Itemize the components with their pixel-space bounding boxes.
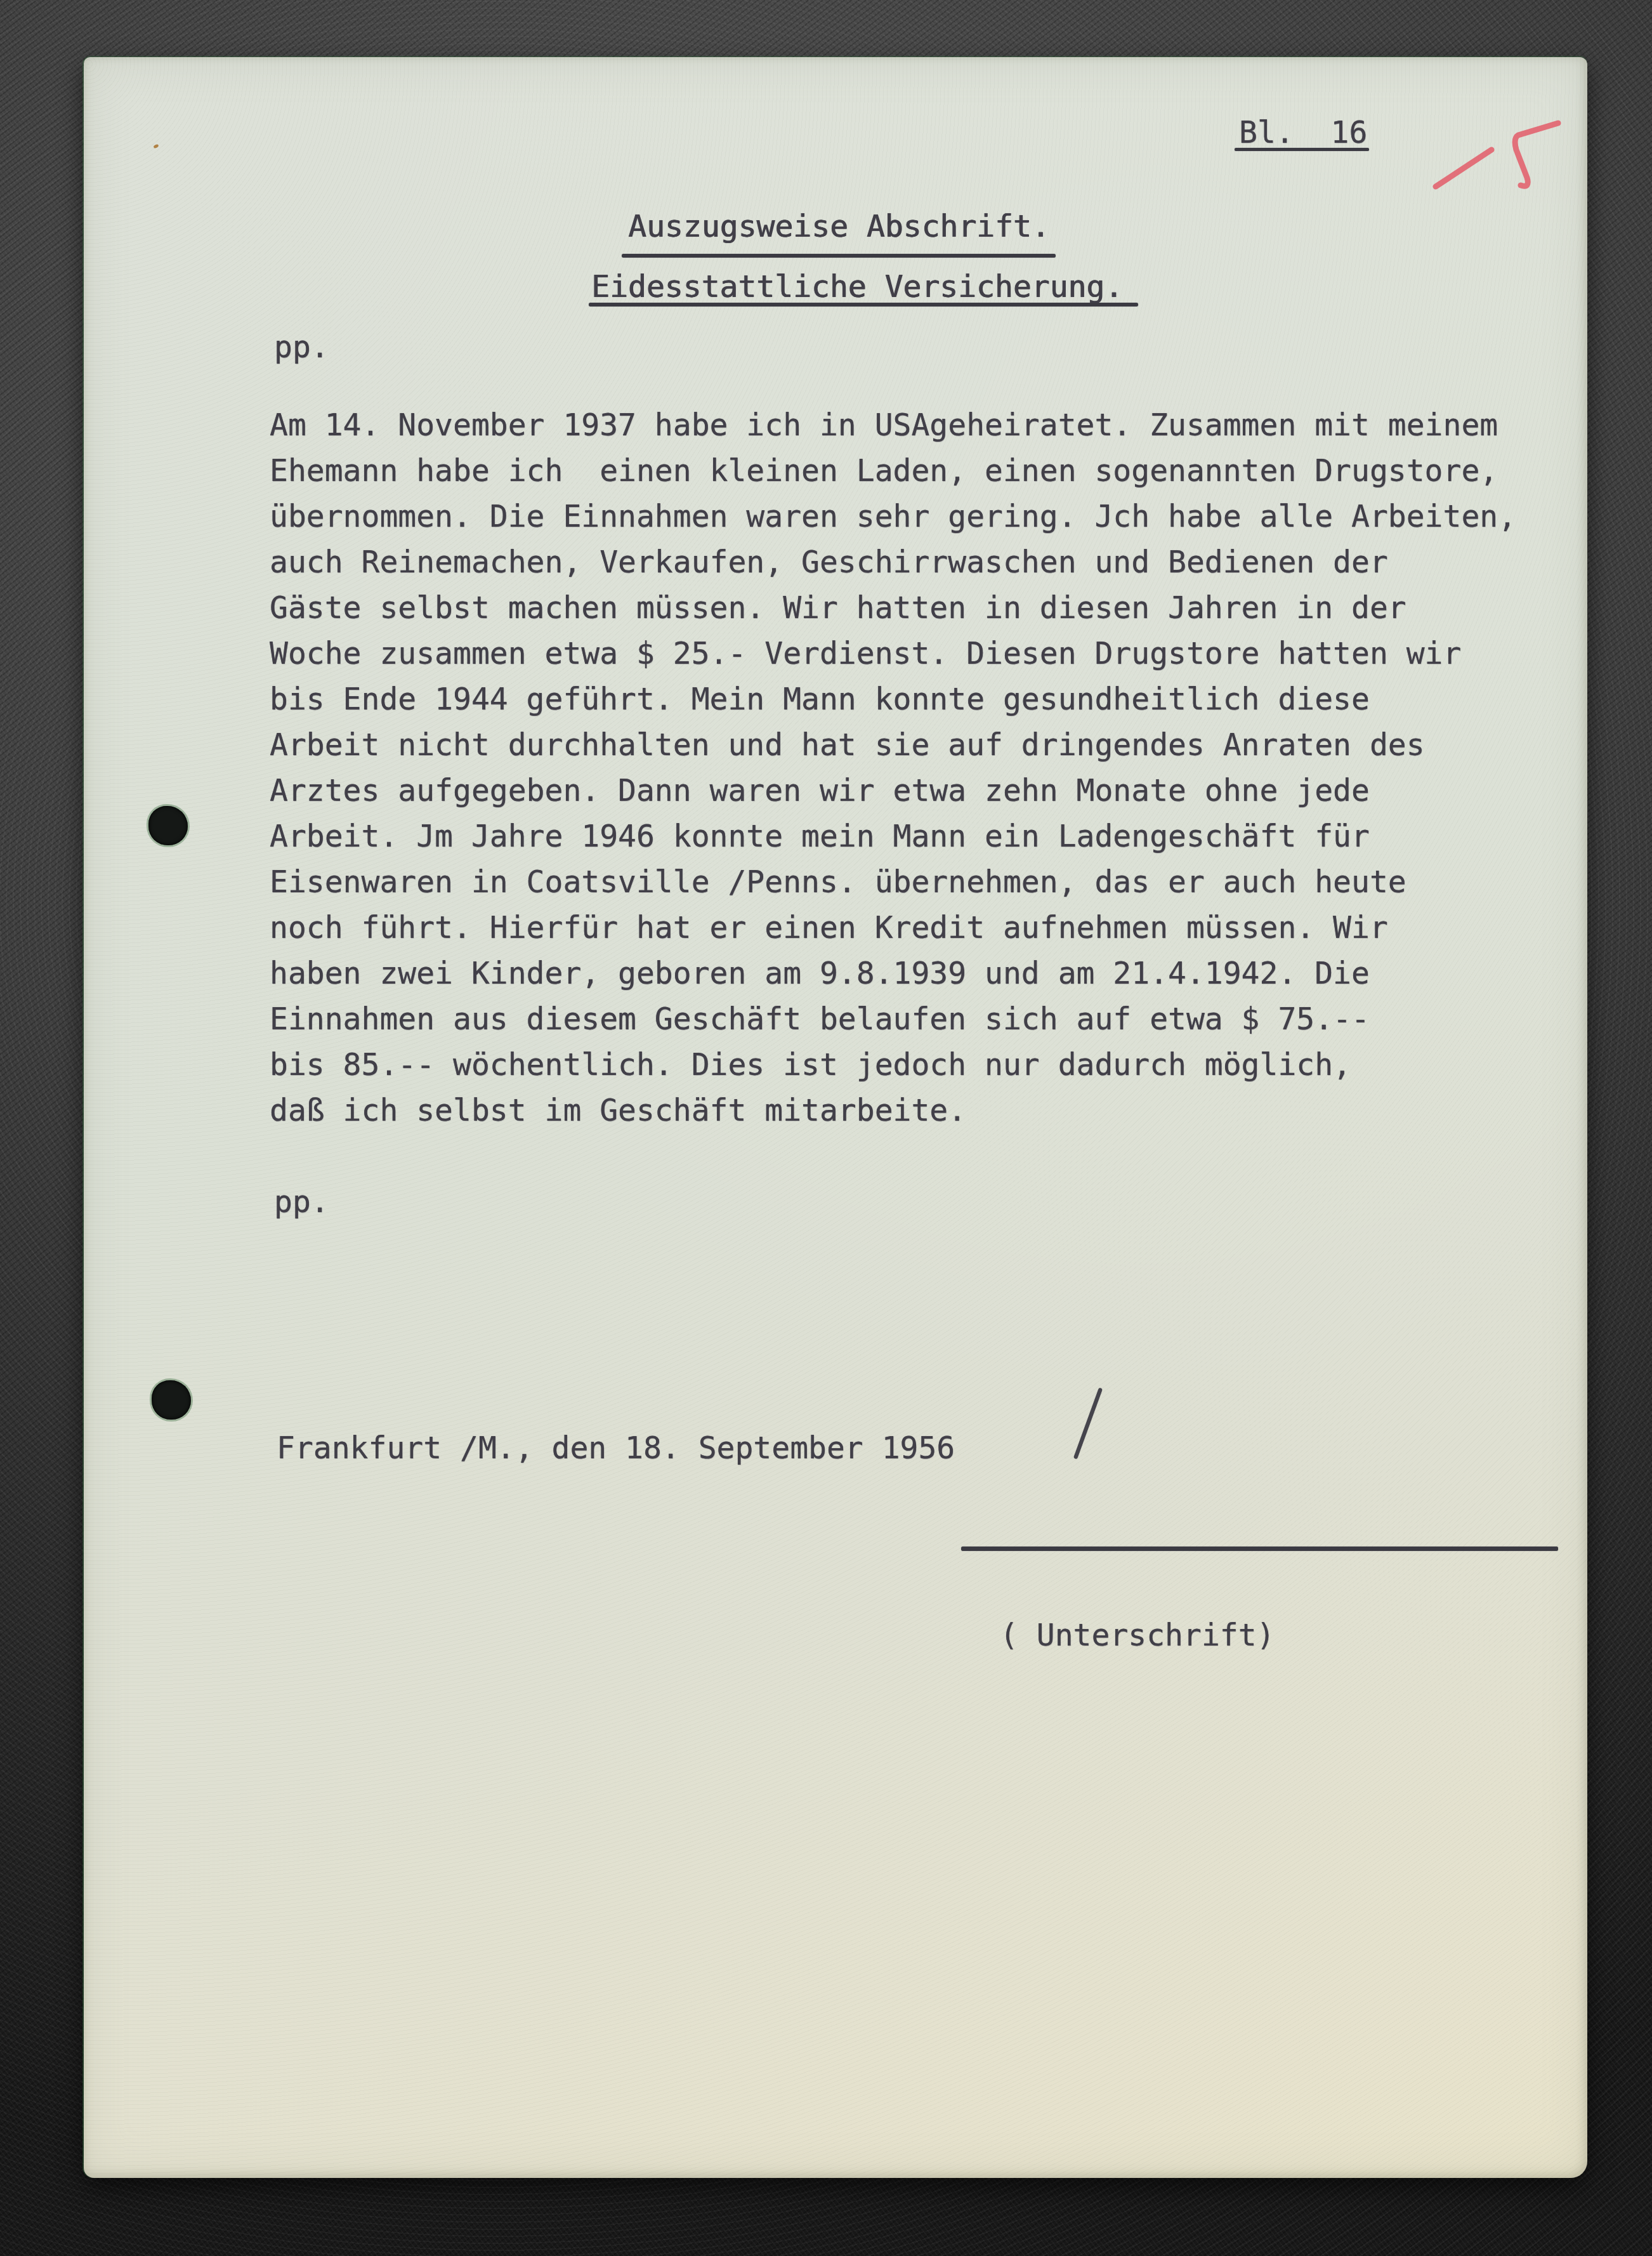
body-line: bis 85.-- wöchentlich. Dies ist jedoch n…: [270, 1050, 1351, 1080]
title-underline-2: [589, 303, 1138, 307]
doc-title-line-2: Eidesstattliche Versicherung.: [591, 272, 1123, 302]
signature-caption: ( Unterschrift): [1000, 1620, 1275, 1651]
body-line: übernommen. Die Einnahmen waren sehr ger…: [270, 501, 1516, 532]
title-underline-1: [622, 254, 1056, 258]
punch-hole-top: [148, 806, 188, 845]
body-line: haben zwei Kinder, geboren am 9.8.1939 u…: [270, 958, 1370, 989]
body-line: Gäste selbst machen müssen. Wir hatten i…: [270, 593, 1406, 623]
sheet-number-underline: [1235, 148, 1369, 151]
body-line: auch Reinemachen, Verkaufen, Geschirrwas…: [270, 547, 1388, 577]
pp-abbreviation-top: pp.: [274, 332, 329, 362]
body-line: noch führt. Hierfür hat er einen Kredit …: [270, 913, 1388, 943]
document-page: Bl. 16 Auszugsweise Abschrift. Eidesstat…: [84, 57, 1587, 2178]
body-line: daß ich selbst im Geschäft mitarbeite.: [270, 1095, 966, 1126]
doc-title-line-1: Auszugsweise Abschrift.: [628, 211, 1050, 242]
sheet-number: Bl. 16: [1239, 117, 1367, 148]
body-line: Am 14. November 1937 habe ich in USAgehe…: [270, 410, 1498, 440]
body-line: Ehemann habe ich einen kleinen Laden, ei…: [270, 456, 1498, 486]
signature-line: [961, 1547, 1558, 1551]
body-line: Arbeit nicht durchhalten und hat sie auf…: [270, 730, 1425, 760]
body-line: Arztes aufgegeben. Dann waren wir etwa z…: [270, 775, 1370, 806]
pp-abbreviation-bottom: pp.: [274, 1187, 329, 1217]
body-line: bis Ende 1944 geführt. Mein Mann konnte …: [270, 684, 1370, 715]
scan-background: { "header": { "sheet_label": "Bl. 16", "…: [0, 0, 1652, 2256]
signature-slash-mark: [1073, 1388, 1103, 1460]
paper-stain-speck: [153, 144, 159, 149]
body-line: Arbeit. Jm Jahre 1946 konnte mein Mann e…: [270, 821, 1370, 852]
body-line: Woche zusammen etwa $ 25.- Verdienst. Di…: [270, 638, 1461, 669]
body-line: Einnahmen aus diesem Geschäft belaufen s…: [270, 1004, 1370, 1034]
red-pencil-annotation: [1415, 108, 1580, 203]
punch-hole-bottom: [152, 1380, 191, 1420]
body-line: Eisenwaren in Coatsville /Penns. überneh…: [270, 867, 1406, 897]
dateline: Frankfurt /M., den 18. September 1956: [277, 1433, 955, 1463]
